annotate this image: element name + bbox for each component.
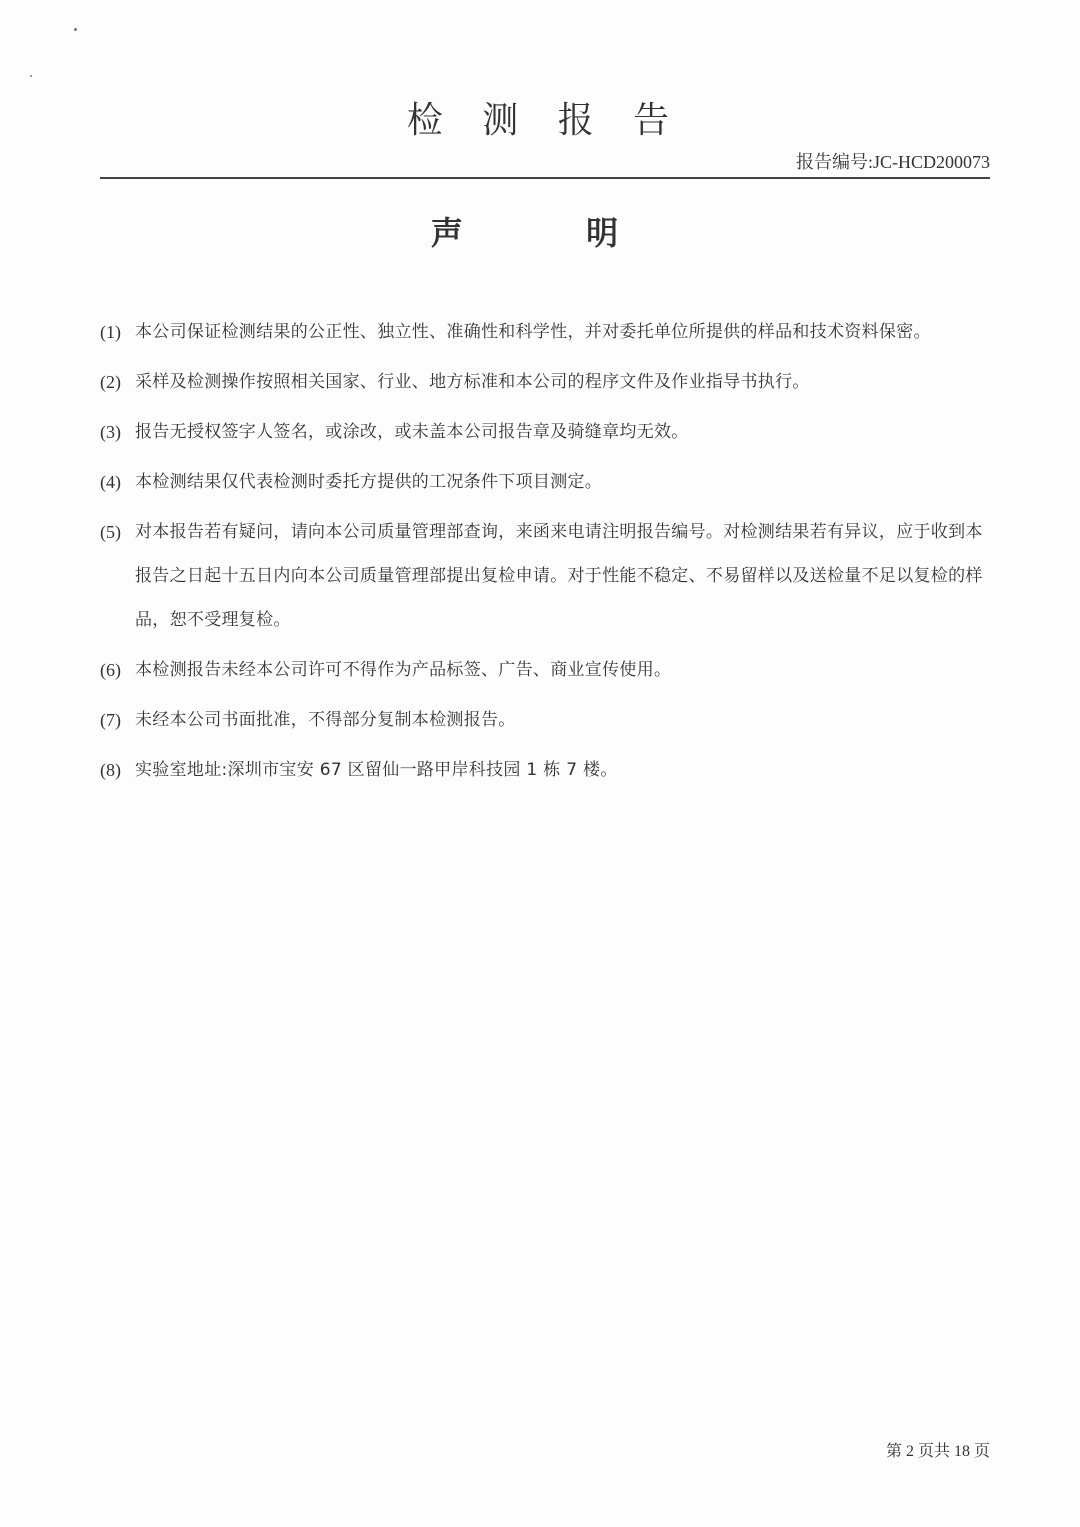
page-number: 第 2 页共 18 页 xyxy=(886,1438,990,1461)
statement-text: 本检测结果仅代表检测时委托方提供的工况条件下项目测定。 xyxy=(135,460,995,504)
statement-number: (1) xyxy=(100,310,135,354)
statement-number: (8) xyxy=(100,748,135,792)
statement-item: (7) 未经本公司书面批准，不得部分复制本检测报告。 xyxy=(100,698,995,742)
statement-number: (3) xyxy=(100,410,135,454)
statement-item: (5) 对本报告若有疑问，请向本公司质量管理部查询，来函来电请注明报告编号。对检… xyxy=(100,510,995,642)
statement-text: 采样及检测操作按照相关国家、行业、地方标准和本公司的程序文件及作业指导书执行。 xyxy=(135,360,995,404)
scan-speck xyxy=(74,28,77,31)
statement-item: (1) 本公司保证检测结果的公正性、独立性、准确性和科学性，并对委托单位所提供的… xyxy=(100,310,995,354)
section-title: 声 明 xyxy=(0,208,1080,254)
statement-item: (4) 本检测结果仅代表检测时委托方提供的工况条件下项目测定。 xyxy=(100,460,995,504)
statement-text: 报告无授权签字人签名，或涂改，或未盖本公司报告章及骑缝章均无效。 xyxy=(135,410,995,454)
statement-item: (6) 本检测报告未经本公司许可不得作为产品标签、广告、商业宣传使用。 xyxy=(100,648,995,692)
scan-speck xyxy=(30,75,32,77)
statement-item: (3) 报告无授权签字人签名，或涂改，或未盖本公司报告章及骑缝章均无效。 xyxy=(100,410,995,454)
statement-item: (2) 采样及检测操作按照相关国家、行业、地方标准和本公司的程序文件及作业指导书… xyxy=(100,360,995,404)
statement-number: (2) xyxy=(100,360,135,404)
report-title: 检 测 报 告 xyxy=(0,92,1080,143)
statement-text: 未经本公司书面批准，不得部分复制本检测报告。 xyxy=(135,698,995,742)
statement-number: (6) xyxy=(100,648,135,692)
statement-list: (1) 本公司保证检测结果的公正性、独立性、准确性和科学性，并对委托单位所提供的… xyxy=(100,310,995,798)
statement-item: (8) 实验室地址:深圳市宝安 67 区留仙一路甲岸科技园 1 栋 7 楼。 xyxy=(100,748,995,792)
header-divider xyxy=(100,177,990,179)
report-number: 报告编号:JC-HCD200073 xyxy=(796,148,990,174)
report-number-label: 报告编号: xyxy=(796,152,873,172)
statement-text: 对本报告若有疑问，请向本公司质量管理部查询，来函来电请注明报告编号。对检测结果若… xyxy=(135,510,995,642)
statement-text: 实验室地址:深圳市宝安 67 区留仙一路甲岸科技园 1 栋 7 楼。 xyxy=(135,748,995,792)
statement-text: 本公司保证检测结果的公正性、独立性、准确性和科学性，并对委托单位所提供的样品和技… xyxy=(135,310,995,354)
statement-number: (4) xyxy=(100,460,135,504)
statement-number: (5) xyxy=(100,510,135,642)
document-page: 检 测 报 告 报告编号:JC-HCD200073 声 明 (1) 本公司保证检… xyxy=(0,0,1080,1527)
statement-number: (7) xyxy=(100,698,135,742)
report-number-value: JC-HCD200073 xyxy=(873,152,990,172)
statement-text: 本检测报告未经本公司许可不得作为产品标签、广告、商业宣传使用。 xyxy=(135,648,995,692)
